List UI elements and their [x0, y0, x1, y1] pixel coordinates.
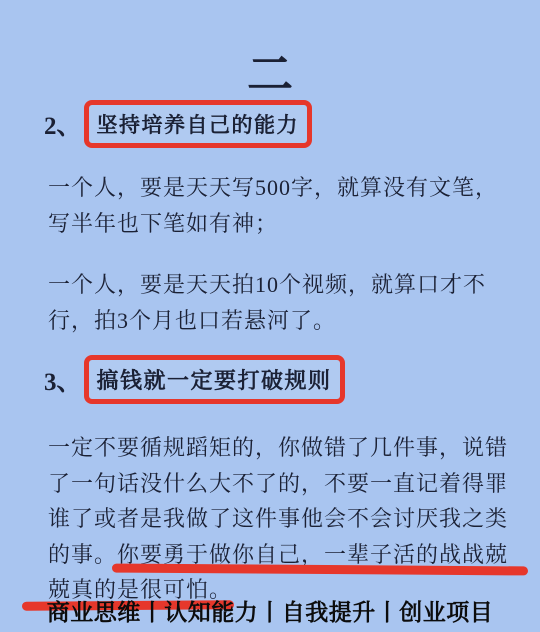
- paragraph-video: 一个人，要是天天拍10个视频，就算口才不 行，拍3个月也口若悬河了。: [48, 267, 510, 339]
- section-2-highlight-box: 坚持培养自己的能力: [84, 100, 313, 148]
- paragraph-line: 一个人，要是天天写500字，就算没有文笔，: [48, 170, 510, 206]
- section-2-heading: 2、 坚持培养自己的能力: [44, 100, 312, 148]
- red-underlined-text: 你要勇于做你自己，一辈子活的战战兢: [117, 542, 508, 567]
- section-3-number: 3、: [44, 362, 82, 398]
- paragraph-line: 一定不要循规蹈矩的，你做错了几件事，说错: [48, 430, 510, 466]
- text-card: 二 2、 坚持培养自己的能力 一个人，要是天天写500字，就算没有文笔， 写半年…: [0, 0, 540, 632]
- paragraph-line: 行，拍3个月也口若悬河了。: [48, 303, 510, 339]
- paragraph-line-plain-part: 的事。: [48, 542, 117, 567]
- section-2-number: 2、: [44, 106, 82, 142]
- paragraph-line: 了一句话没什么大不了的，不要一直记着得罪: [48, 466, 510, 502]
- paragraph-line: 谁了或者是我做了这件事他会不会讨厌我之类: [48, 501, 510, 537]
- footer-tags: 商业思维丨认知能力丨自我提升丨创业项目: [0, 594, 540, 627]
- paragraph-rules: 一定不要循规蹈矩的，你做错了几件事，说错 了一句话没什么大不了的，不要一直记着得…: [48, 430, 510, 608]
- section-3-heading: 3、 搞钱就一定要打破规则: [44, 355, 345, 404]
- paragraph-line: 一个人，要是天天拍10个视频，就算口才不: [48, 267, 510, 303]
- section-3-highlight-box: 搞钱就一定要打破规则: [84, 355, 345, 404]
- page-title: 二: [0, 50, 540, 101]
- paragraph-line: 的事。你要勇于做你自己，一辈子活的战战兢: [48, 537, 510, 573]
- paragraph-line: 写半年也下笔如有神；: [48, 206, 510, 242]
- paragraph-writing: 一个人，要是天天写500字，就算没有文笔， 写半年也下笔如有神；: [48, 170, 510, 242]
